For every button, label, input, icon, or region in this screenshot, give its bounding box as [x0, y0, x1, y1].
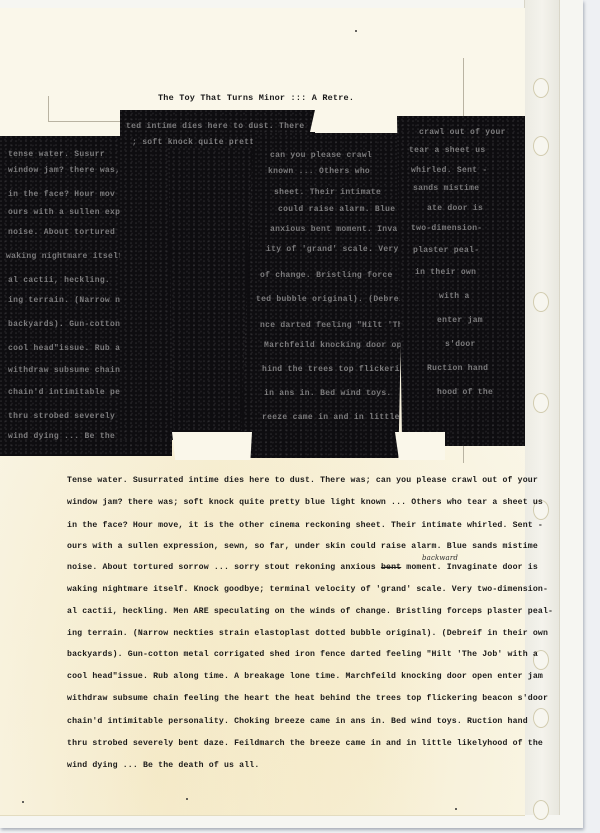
punch-hole-icon	[533, 393, 549, 413]
collage-image: tense water. Susurr window jam? there wa…	[0, 8, 525, 468]
text-line: chain'd intimitable personality. Choking…	[67, 711, 507, 733]
dust-speck	[355, 30, 357, 32]
text-line: backyards). Gun-cotton metal corrigated …	[67, 644, 507, 666]
punch-hole-icon	[533, 136, 549, 156]
text-line: ing terrain. (Narrow neckties strain ela…	[67, 624, 507, 644]
dust-speck	[455, 808, 457, 810]
text-line: noise. About tortured sorrow ... sorry s…	[67, 557, 507, 579]
text-line: waking nightmare itself. Knock goodbye; …	[67, 579, 507, 601]
punch-hole-icon	[533, 708, 549, 728]
collage-gap	[172, 432, 252, 460]
text-line: cool head"issue. Rub along time. A break…	[67, 666, 507, 688]
collage-gap	[310, 110, 392, 132]
text-line: al cactii, heckling. Men ARE speculating…	[67, 601, 507, 623]
text-line: wind dying ... Be the death of us all.	[67, 755, 507, 777]
text-line: Tense water. Susurrated intime dies here…	[67, 470, 507, 492]
text-line: window jam? there was; soft knock quite …	[67, 492, 507, 514]
text-line: withdraw subsume chain feeling the heart…	[67, 688, 507, 710]
dust-speck	[186, 798, 188, 800]
text-line: thru strobed severely bent daze. Feildma…	[67, 733, 507, 755]
punch-hole-icon	[533, 800, 549, 820]
handwritten-correction: backward	[422, 547, 458, 569]
collage-panel-center: can you please crawl known ... Others wh…	[240, 133, 405, 458]
collage-panel-right: crawl out of your tear a sheet us whirle…	[397, 116, 525, 446]
typewritten-page: The Toy That Turns Minor ::: A Retre. te…	[0, 8, 525, 816]
text-line: in the face? Hour move, it is the other …	[67, 515, 507, 537]
collage-gap	[395, 432, 445, 460]
punch-hole-icon	[533, 292, 549, 312]
dust-speck	[22, 801, 24, 803]
body-text: Tense water. Susurrated intime dies here…	[67, 470, 507, 778]
punch-hole-icon	[533, 78, 549, 98]
struck-word: bent	[381, 563, 401, 572]
